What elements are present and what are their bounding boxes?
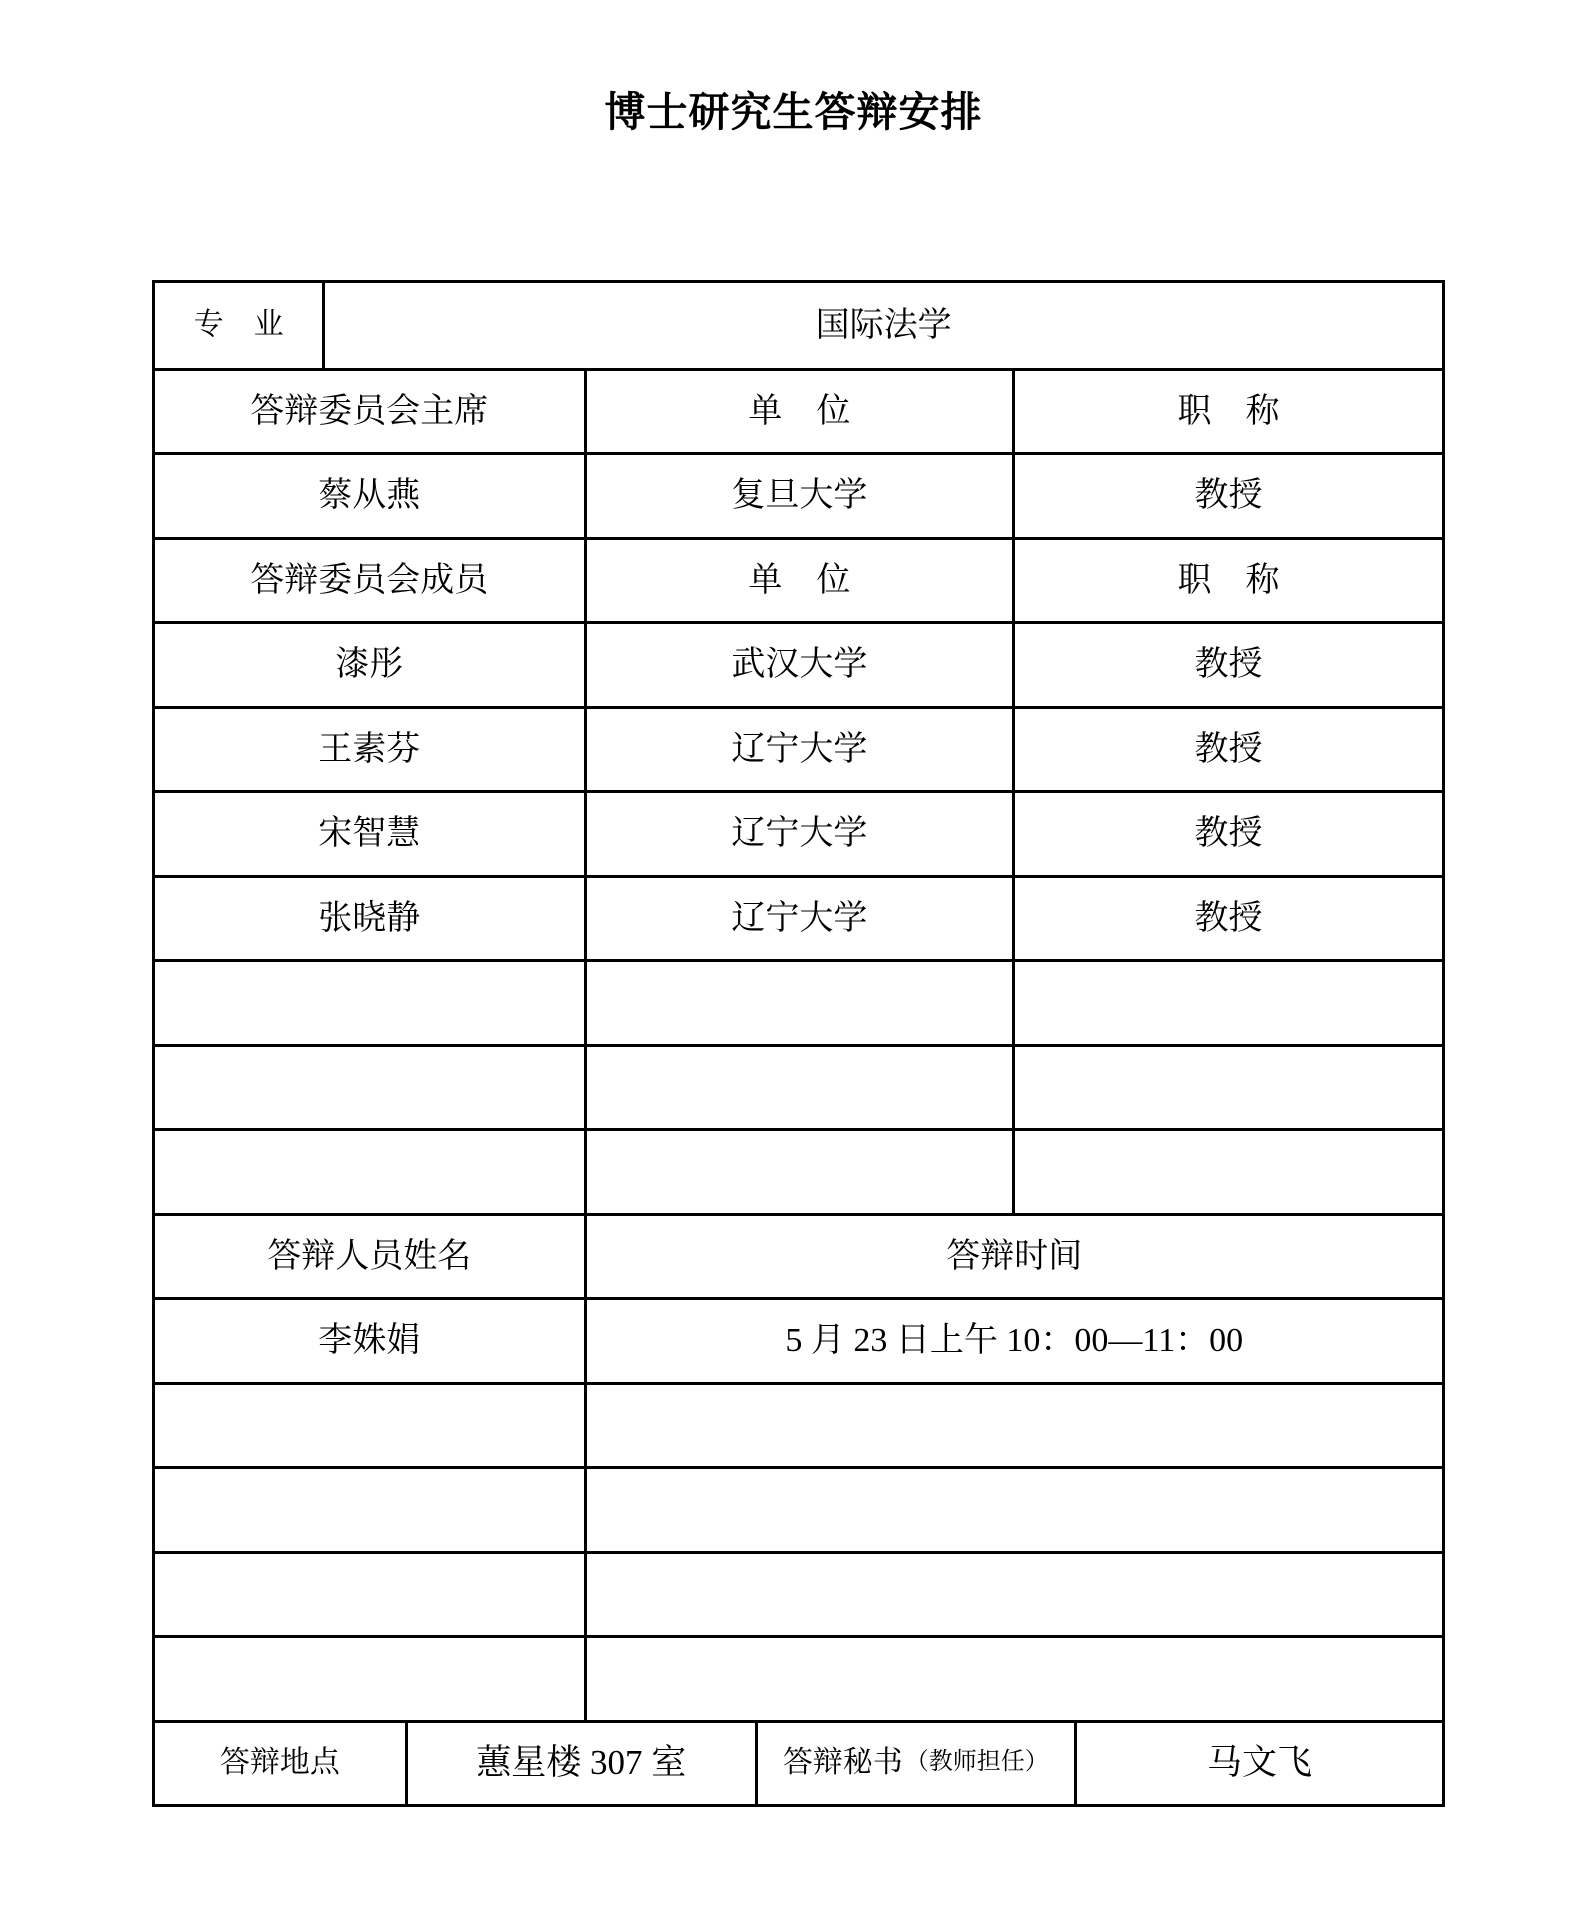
member-unit-cell	[584, 962, 1013, 1044]
chair-unit-cell: 复旦大学	[584, 455, 1013, 537]
major-value-cell: 国际法学	[322, 283, 1442, 368]
defense-time-cell	[584, 1385, 1442, 1467]
defense-row-empty	[155, 1382, 1442, 1467]
member-title-cell	[1012, 962, 1442, 1044]
defense-arrangement-table: 专 业 国际法学 答辩委员会主席 单 位 职 称 蔡从燕 复旦大学 教授 答辩委…	[152, 280, 1445, 1807]
member-name-cell: 张晓静	[155, 878, 584, 960]
member-name-cell	[155, 962, 584, 1044]
chair-name-cell: 蔡从燕	[155, 455, 584, 537]
defense-time-cell	[584, 1638, 1442, 1720]
defense-header-time-cell: 答辩时间	[584, 1216, 1442, 1298]
footer-row: 答辩地点 蕙星楼 307 室 答辩秘书 （教师担任） 马文飞	[155, 1720, 1442, 1805]
page-title: 博士研究生答辩安排	[147, 88, 1440, 136]
footer-secretary-value-cell: 马文飞	[1074, 1723, 1442, 1805]
member-row: 张晓静 辽宁大学 教授	[155, 875, 1442, 960]
member-header-row: 答辩委员会成员 单 位 职 称	[155, 537, 1442, 622]
footer-secretary-label: 答辩秘书	[783, 1746, 903, 1781]
member-unit-cell	[584, 1131, 1013, 1213]
member-header-name-cell: 答辩委员会成员	[155, 540, 584, 622]
defense-time-cell	[584, 1554, 1442, 1636]
member-row: 王素芬 辽宁大学 教授	[155, 706, 1442, 791]
member-name-cell	[155, 1131, 584, 1213]
defense-row: 李姝娟 5 月 23 日上午 10：00—11：00	[155, 1297, 1442, 1382]
member-row-empty	[155, 959, 1442, 1044]
defense-row-empty	[155, 1635, 1442, 1720]
member-row: 漆彤 武汉大学 教授	[155, 621, 1442, 706]
defense-name-cell	[155, 1554, 584, 1636]
chair-header-name-cell: 答辩委员会主席	[155, 371, 584, 453]
footer-location-label-cell: 答辩地点	[155, 1723, 405, 1805]
member-name-cell	[155, 1047, 584, 1129]
member-title-cell: 教授	[1012, 793, 1442, 875]
member-title-cell: 教授	[1012, 624, 1442, 706]
member-name-cell: 宋智慧	[155, 793, 584, 875]
member-unit-cell	[584, 1047, 1013, 1129]
defense-name-cell: 李姝娟	[155, 1300, 584, 1382]
chair-row: 蔡从燕 复旦大学 教授	[155, 452, 1442, 537]
footer-secretary-label-cell: 答辩秘书 （教师担任）	[755, 1723, 1074, 1805]
member-row-empty	[155, 1044, 1442, 1129]
member-unit-cell: 辽宁大学	[584, 878, 1013, 960]
member-title-cell: 教授	[1012, 878, 1442, 960]
member-unit-cell: 辽宁大学	[584, 709, 1013, 791]
member-header-title-cell: 职 称	[1012, 540, 1442, 622]
member-header-unit-cell: 单 位	[584, 540, 1013, 622]
footer-location-value-cell: 蕙星楼 307 室	[405, 1723, 755, 1805]
member-row: 宋智慧 辽宁大学 教授	[155, 790, 1442, 875]
member-title-cell: 教授	[1012, 709, 1442, 791]
defense-header-row: 答辩人员姓名 答辩时间	[155, 1213, 1442, 1298]
defense-name-cell	[155, 1469, 584, 1551]
defense-time-cell: 5 月 23 日上午 10：00—11：00	[584, 1300, 1442, 1382]
member-name-cell: 漆彤	[155, 624, 584, 706]
member-row-empty	[155, 1128, 1442, 1213]
chair-header-title-cell: 职 称	[1012, 371, 1442, 453]
major-label-cell: 专 业	[155, 283, 322, 368]
major-row: 专 业 国际法学	[155, 283, 1442, 368]
defense-header-name-cell: 答辩人员姓名	[155, 1216, 584, 1298]
chair-header-unit-cell: 单 位	[584, 371, 1013, 453]
defense-name-cell	[155, 1638, 584, 1720]
member-title-cell	[1012, 1131, 1442, 1213]
footer-secretary-note: （教师担任）	[905, 1749, 1049, 1777]
chair-header-row: 答辩委员会主席 单 位 职 称	[155, 368, 1442, 453]
defense-row-empty	[155, 1551, 1442, 1636]
member-unit-cell: 武汉大学	[584, 624, 1013, 706]
defense-name-cell	[155, 1385, 584, 1467]
member-title-cell	[1012, 1047, 1442, 1129]
chair-title-cell: 教授	[1012, 455, 1442, 537]
defense-row-empty	[155, 1466, 1442, 1551]
member-unit-cell: 辽宁大学	[584, 793, 1013, 875]
defense-time-cell	[584, 1469, 1442, 1551]
member-name-cell: 王素芬	[155, 709, 584, 791]
